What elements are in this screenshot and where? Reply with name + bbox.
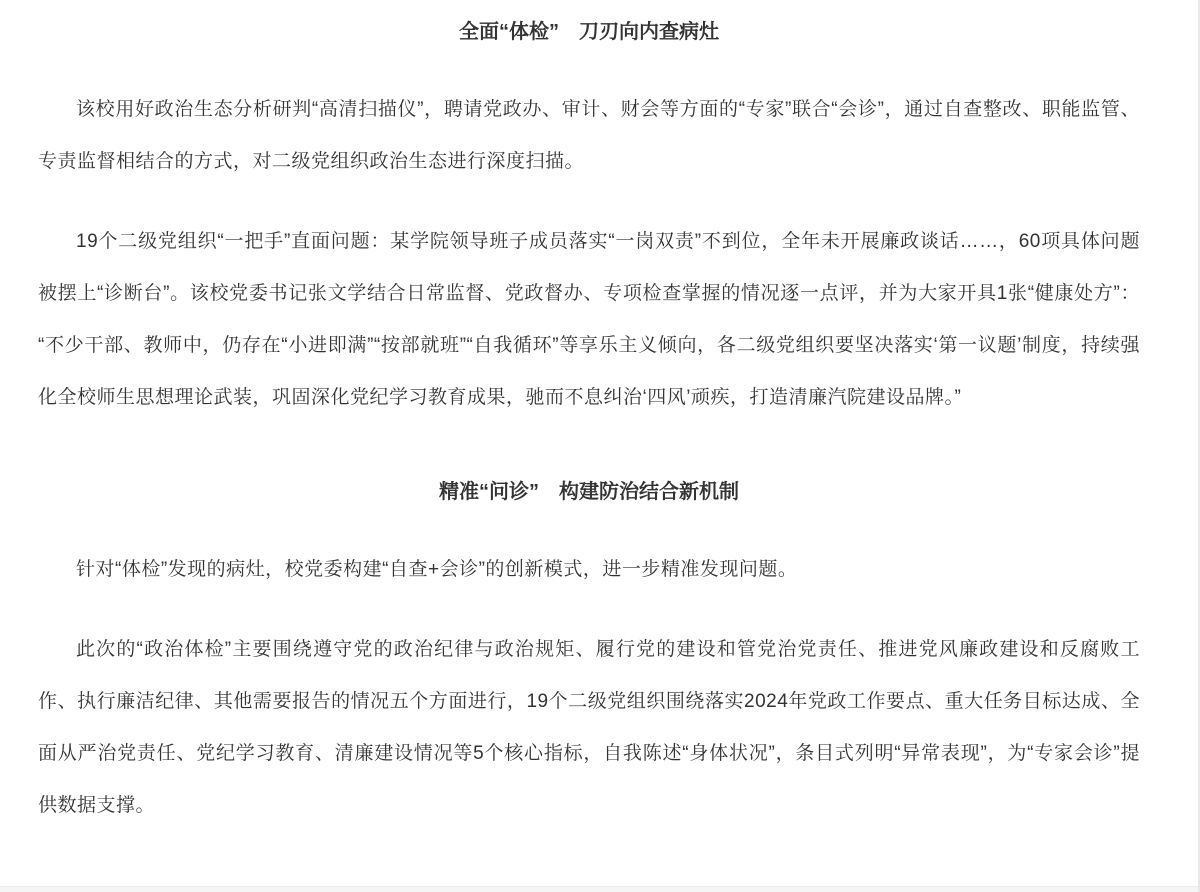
paragraph: 此次的“政治体检”主要围绕遵守党的政治纪律与政治规矩、履行党的建设和管党治党责任… [38,624,1140,832]
paragraph: 19个二级党组织“一把手”直面问题：某学院领导班子成员落实“一岗双责”不到位，全… [38,216,1140,424]
section-heading-1: 全面“体检” 刀刃向内查病灶 [38,16,1140,48]
paragraph: 该校用好政治生态分析研判“高清扫描仪”，聘请党政办、审计、财会等方面的“专家”联… [38,84,1140,188]
paragraph: 针对“体检”发现的病灶，校党委构建“自查+会诊”的创新模式，进一步精准发现问题。 [38,544,1140,596]
article-page: 全面“体检” 刀刃向内查病灶 该校用好政治生态分析研判“高清扫描仪”，聘请党政办… [0,0,1200,892]
page-bottom-edge [0,886,1198,892]
section-heading-2: 精准“问诊” 构建防治结合新机制 [38,476,1140,508]
article-body: 全面“体检” 刀刃向内查病灶 该校用好政治生态分析研判“高清扫描仪”，聘请党政办… [0,0,1198,832]
